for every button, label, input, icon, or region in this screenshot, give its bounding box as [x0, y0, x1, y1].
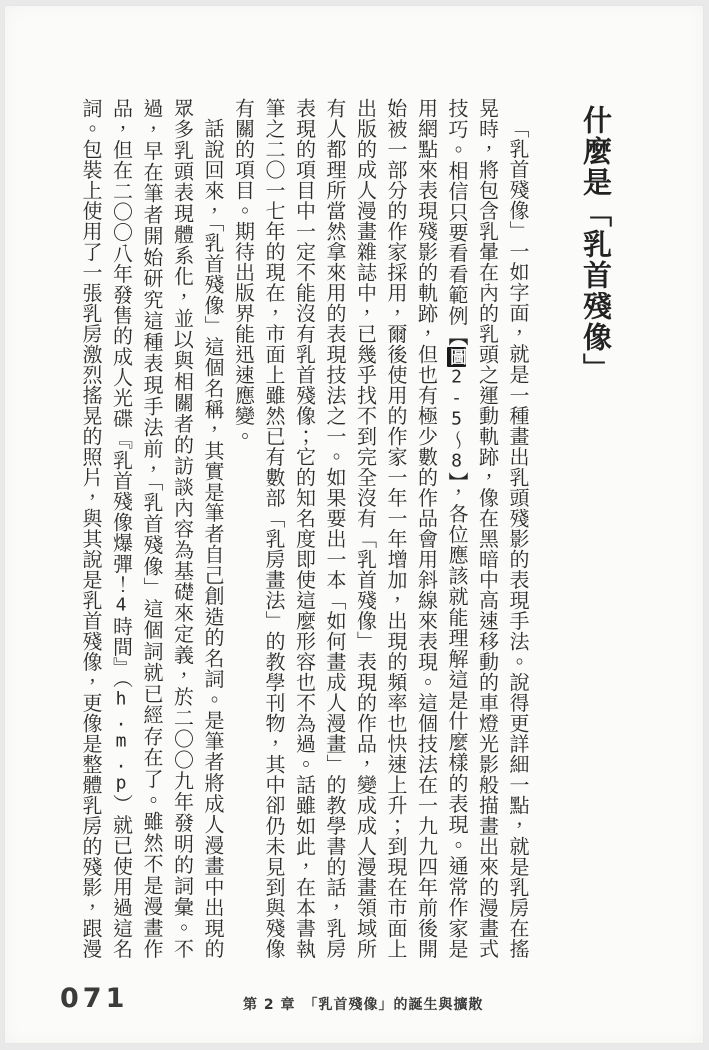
upright-inline-text: 2-5	[446, 367, 467, 430]
book-page-scan: { "page": { "title": "什麼是「乳首殘像」", "body"…	[0, 0, 709, 1050]
section-title: 什麼是「乳首殘像」	[579, 98, 611, 959]
text-run: 】，各位應該就能理解這是什麼樣的表現。通常作家是用網點來表現殘影的軌跡，但也有極…	[232, 98, 468, 959]
figure-reference-box: 圖	[447, 347, 466, 367]
vertical-text-block: 什麼是「乳首殘像」 「乳首殘像」一如字面，就是一種畫出乳頭殘影的表現手法。說得更…	[75, 98, 612, 959]
footer-chapter-title: 第 2 章 「乳首殘像」的誕生與擴散	[243, 994, 484, 1014]
upright-inline-text: 8	[446, 450, 467, 471]
upright-inline-text: h.m.p	[111, 689, 132, 794]
page-surface: 什麼是「乳首殘像」 「乳首殘像」一如字面，就是一種畫出乳頭殘影的表現手法。說得更…	[4, 5, 704, 1044]
text-run: ～	[445, 430, 467, 451]
paragraph: 「乳首殘像」一如字面，就是一種畫出乳頭殘影的表現手法。說得更詳細一點，就是乳房在…	[227, 98, 532, 959]
upright-inline-text: 4	[111, 595, 132, 616]
body-text: 「乳首殘像」一如字面，就是一種畫出乳頭殘影的表現手法。說得更詳細一點，就是乳房在…	[75, 98, 533, 959]
paragraph: 話說回來，「乳首殘像」這個名稱，其實是筆者自己創造的名詞。是筆者將成人漫畫中出現…	[75, 98, 228, 959]
text-run: 時間』（	[110, 616, 132, 689]
footer-page-number: 071	[60, 983, 128, 1014]
